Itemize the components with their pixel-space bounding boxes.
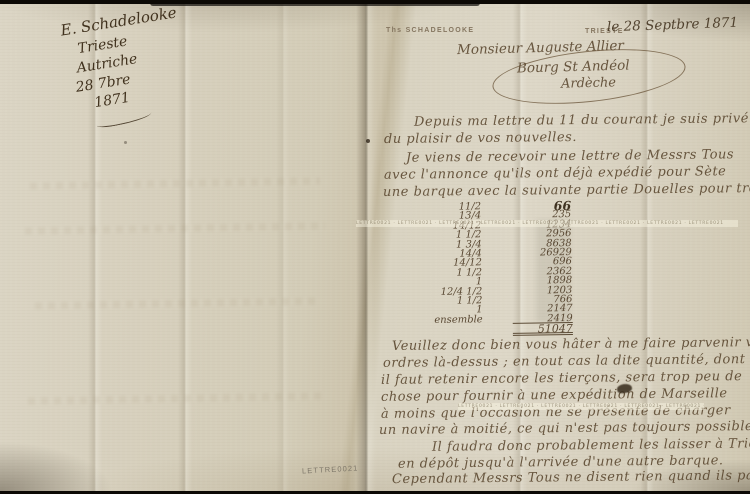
table-total-row: 51047 [431,323,573,337]
scanned-letter: E. Schadelooke Trieste Autriche 28 7bre … [0,0,750,494]
paper-speck [124,141,127,144]
qty-cell [431,324,487,337]
address-docket: E. Schadelooke Trieste Autriche 28 7bre … [59,3,189,114]
total-value: 51047 [513,323,573,336]
paper-speck [366,139,370,143]
watermark-strip: LETTRE0021 · LETTRE0021 · LETTRE0021 · L… [356,220,738,227]
body-line: du plaisir de vos nouvelles. [384,130,577,147]
scan-edge-top-ragged [150,3,480,6]
watermark-strip: LETTRE0021 · LETTRE0021 · LETTRE0021 · L… [458,403,704,410]
letterhead-sender: Ths SCHADELOOKE [386,27,474,34]
